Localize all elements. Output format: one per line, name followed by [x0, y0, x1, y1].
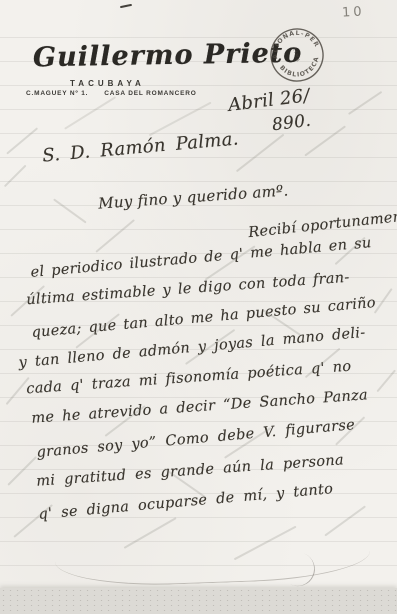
library-stamp-icon: NACIONAL-PERU BIBLIOTECA LIMA: [261, 19, 333, 91]
stamp-arc-top-text: NACIONAL-PERU: [261, 19, 321, 63]
recipient-line: S. D. Ramón Palma.: [41, 128, 239, 166]
bleedthrough-mark: [53, 198, 86, 223]
letterhead-city: TACUBAYA: [70, 79, 145, 88]
salutation-line: Muy fino y querido amº.: [98, 181, 290, 212]
date-year: 890.: [271, 111, 312, 136]
bleedthrough-mark: [7, 456, 36, 485]
stamp-arc-bottom-text: BIBLIOTECA: [277, 54, 325, 84]
body-line: Recibí oportunamen te: [248, 207, 397, 241]
pencil-dash-mark: [120, 4, 132, 8]
letterhead-address: C.MAGUEY Nº 1. CASA DEL ROMANCERO: [26, 90, 206, 97]
svg-text:NACIONAL-PERU: NACIONAL-PERU: [261, 19, 321, 63]
bleedthrough-mark: [6, 127, 38, 154]
bleedthrough-mark: [324, 505, 365, 536]
body-line: q' se digna ocuparse de mí, y tanto: [38, 481, 334, 523]
bleedthrough-mark: [348, 91, 382, 115]
scanned-letter-page: 10 Guillermo Prieto TACUBAYA C.MAGUEY Nº…: [0, 0, 397, 614]
crease-curve: [54, 525, 371, 589]
bleedthrough-mark: [374, 288, 392, 313]
svg-text:BIBLIOTECA: BIBLIOTECA: [277, 54, 325, 84]
scan-bottom-edge: [0, 588, 397, 614]
letterhead-name: Guillermo Prieto: [33, 38, 303, 74]
bleedthrough-mark: [236, 134, 284, 172]
bleedthrough-mark: [376, 370, 395, 392]
letterhead-street: C.MAGUEY Nº 1.: [26, 90, 88, 97]
bleedthrough-mark: [64, 96, 116, 129]
page-number: 10: [342, 4, 365, 20]
bleedthrough-mark: [95, 219, 134, 252]
stamp-center-text: LIMA: [291, 47, 301, 63]
letterhead-house-name: CASA DEL ROMANCERO: [104, 90, 196, 97]
bleedthrough-mark: [4, 165, 26, 187]
